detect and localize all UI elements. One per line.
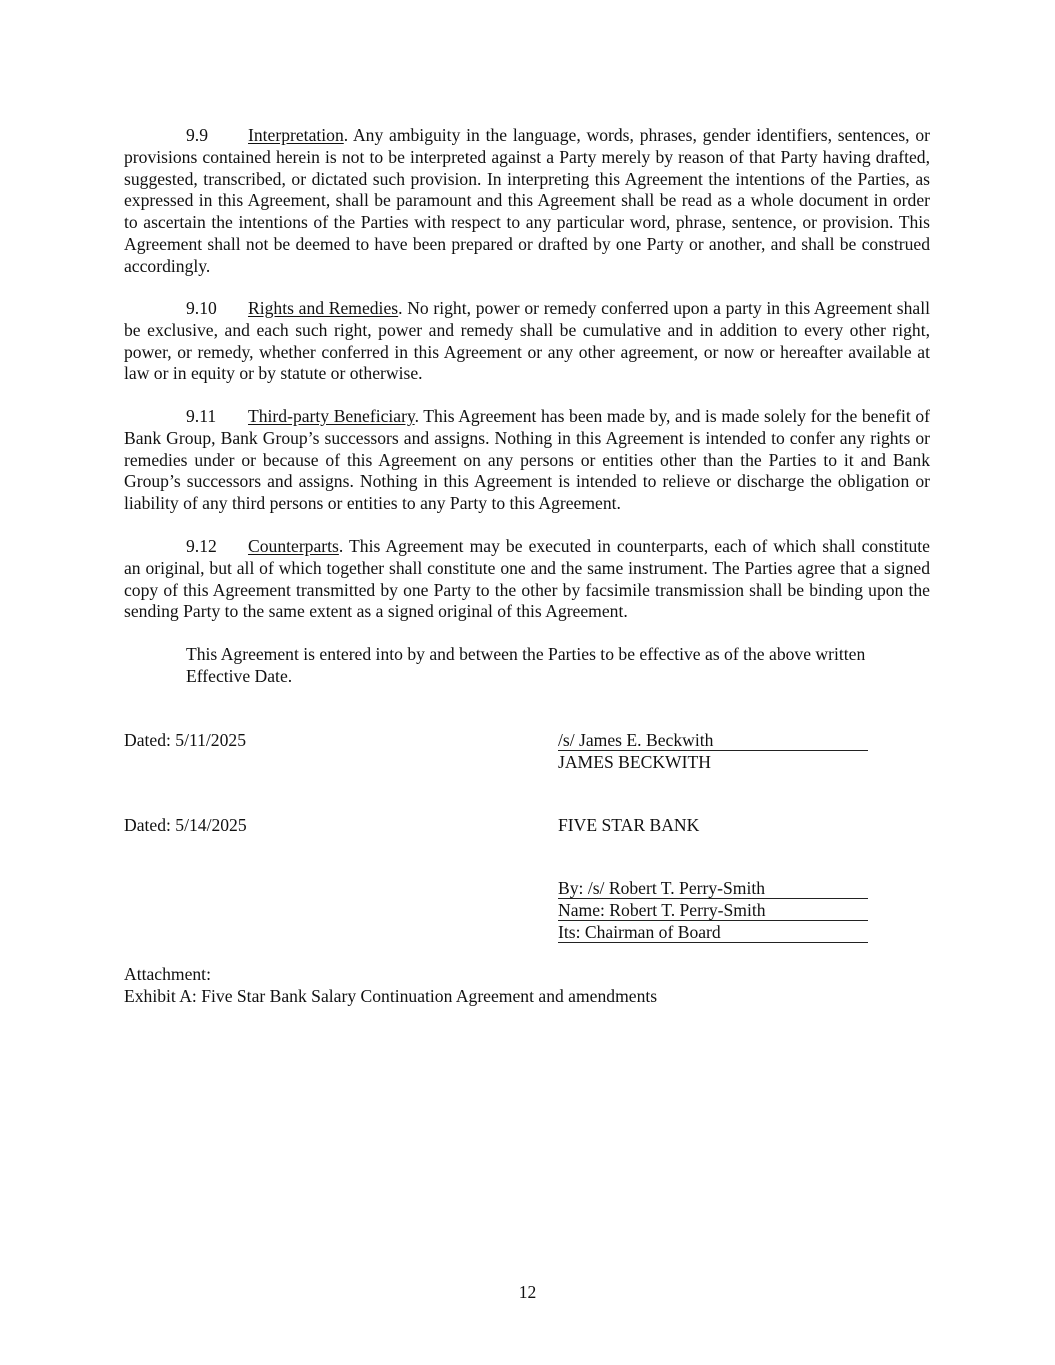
name-label: Name: (558, 900, 605, 920)
employee-dated: Dated: 5/11/2025 (124, 730, 246, 752)
employee-printed-name: JAMES BECKWITH (558, 752, 711, 774)
page-number: 12 (0, 1282, 1055, 1304)
bank-title-line: Its: Chairman of Board (558, 922, 868, 943)
section-number: 9.9 (186, 125, 248, 147)
attachment-label: Attachment: (124, 964, 211, 986)
employee-signature: /s/ James E. Beckwith (558, 730, 713, 750)
its-label: Its: (558, 922, 580, 942)
bank-name-line: Name: Robert T. Perry-Smith (558, 900, 868, 921)
closing-statement: This Agreement is entered into by and be… (186, 644, 926, 688)
by-label: By: (558, 878, 583, 898)
section-heading: Interpretation (248, 125, 344, 145)
section-heading: Counterparts (248, 536, 339, 556)
section-9-11: 9.11Third-party Beneficiary. This Agreem… (124, 406, 930, 515)
section-body: . Any ambiguity in the language, words, … (124, 125, 930, 276)
section-9-10: 9.10Rights and Remedies. No right, power… (124, 298, 930, 385)
section-heading: Third-party Beneficiary (248, 406, 415, 426)
document-page: 9.9Interpretation. Any ambiguity in the … (0, 0, 1055, 1365)
section-heading: Rights and Remedies (248, 298, 398, 318)
its-value: Chairman of Board (580, 922, 720, 942)
section-9-9: 9.9Interpretation. Any ambiguity in the … (124, 125, 930, 278)
section-number: 9.12 (186, 536, 248, 558)
attachment-item: Exhibit A: Five Star Bank Salary Continu… (124, 986, 657, 1008)
bank-entity-name: FIVE STAR BANK (558, 815, 699, 837)
bank-dated: Dated: 5/14/2025 (124, 815, 247, 837)
section-9-12: 9.12Counterparts. This Agreement may be … (124, 536, 930, 623)
by-signature: /s/ Robert T. Perry-Smith (583, 878, 765, 898)
bank-by-line: By: /s/ Robert T. Perry-Smith (558, 878, 868, 899)
section-number: 9.11 (186, 406, 248, 428)
name-value: Robert T. Perry-Smith (605, 900, 766, 920)
employee-signature-line: /s/ James E. Beckwith (558, 730, 868, 751)
section-number: 9.10 (186, 298, 248, 320)
